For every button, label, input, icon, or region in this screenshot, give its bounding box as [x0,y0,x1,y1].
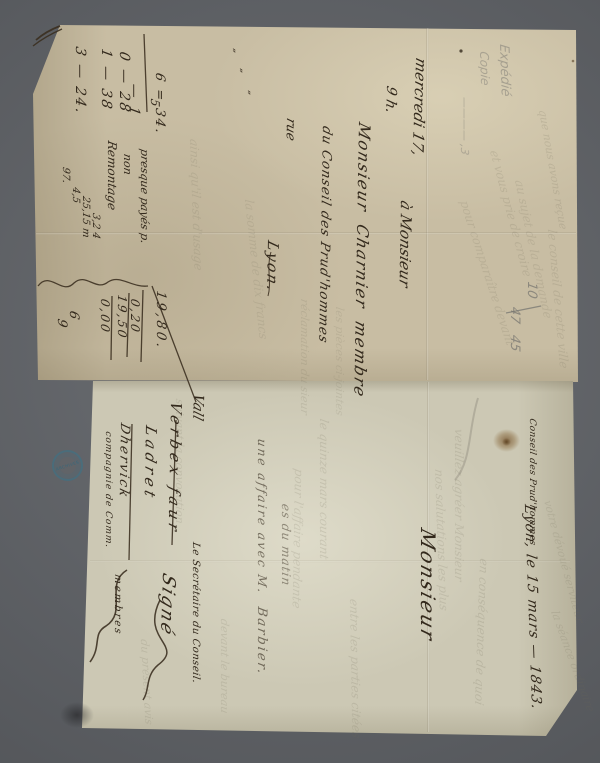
margin-scrawl: 3,2 4 [90,212,100,239]
margin-scrawl: 97. [60,166,70,184]
lower-sum-row: 0,00 [99,298,111,335]
secretary-line: Le Secrétaire du Conseil. [190,541,200,684]
photographed-manuscript: et vous prie de croire au sujet de la de… [0,0,600,763]
address-line: du Conseil des Prud'hommes [316,124,333,345]
body-line: es du matin [280,503,292,587]
address-line: Monsieur Charnier membre [351,121,372,400]
pencil-sum-number: 45 [508,334,521,353]
bleedthrough-line: réclamation du sieur [299,298,310,416]
pencil-note: Expédié [497,44,512,97]
ink-stain-core [502,438,511,446]
body-line: Barbier. [255,606,268,677]
salutation: Monsieur [418,526,438,644]
body-line: une affaire avec M. [256,438,268,596]
corner-sum-row: 1 — 38 [99,47,113,111]
signature-name: Ladret [141,424,158,503]
time-note-line: mercredi 17, [409,56,428,157]
margin-scrawl: 4,5 [70,186,80,204]
lower-sum-row: 0,20 [129,298,141,335]
signature-name: Verbex faur [165,400,183,537]
archive-stamp: ARCHIVES [48,446,87,485]
corner-sum-word: Remontage [106,140,118,211]
archive-stamp-text: ARCHIVES [55,459,79,471]
pencil-note: ———— ,3 [459,96,470,156]
signed-word: Signé [157,570,177,638]
corner-sum-row: 3 — 24. [73,45,87,116]
address-line: rue [283,116,297,142]
pencil-note: Copie [478,51,491,86]
lower-sum-row: 19,80. [154,290,167,352]
bleedthrough-line: entre les parties citées [348,598,363,739]
bleedthrough-line: les pièces ci-jointes [334,306,345,417]
address-line: Lyon. [264,239,280,295]
bleedthrough-line: le quinze mars courant [318,418,330,560]
signature-name: compagnie de Comm. [103,430,112,549]
lower-sum-row: 19,50 [116,294,128,341]
bleedthrough-line: devant le bureau [219,618,230,714]
bleedthrough-line: veuillez agréer Monsieur [453,428,465,583]
corner-sum-row: — 1 [127,82,141,118]
pencil-sum-number: 10 [525,281,538,300]
horizontal-crease-top-sheet [36,232,576,235]
corner-sum-word: presque payés p. [139,148,150,245]
pencil-sum-number: 47 [508,306,521,325]
address-line: à Monsieur [396,199,413,289]
horizontal-crease-bottom-sheet [90,560,570,563]
brace-note: membres [112,573,122,636]
signature-name: Dhervick [116,421,131,500]
corner-shadow [60,702,94,728]
time-note-line: 9 h. [383,84,398,114]
margin-scrawl: 25,15 m [80,195,90,238]
signature-name: Vall [190,392,205,422]
corner-sum-word: non [122,153,133,176]
